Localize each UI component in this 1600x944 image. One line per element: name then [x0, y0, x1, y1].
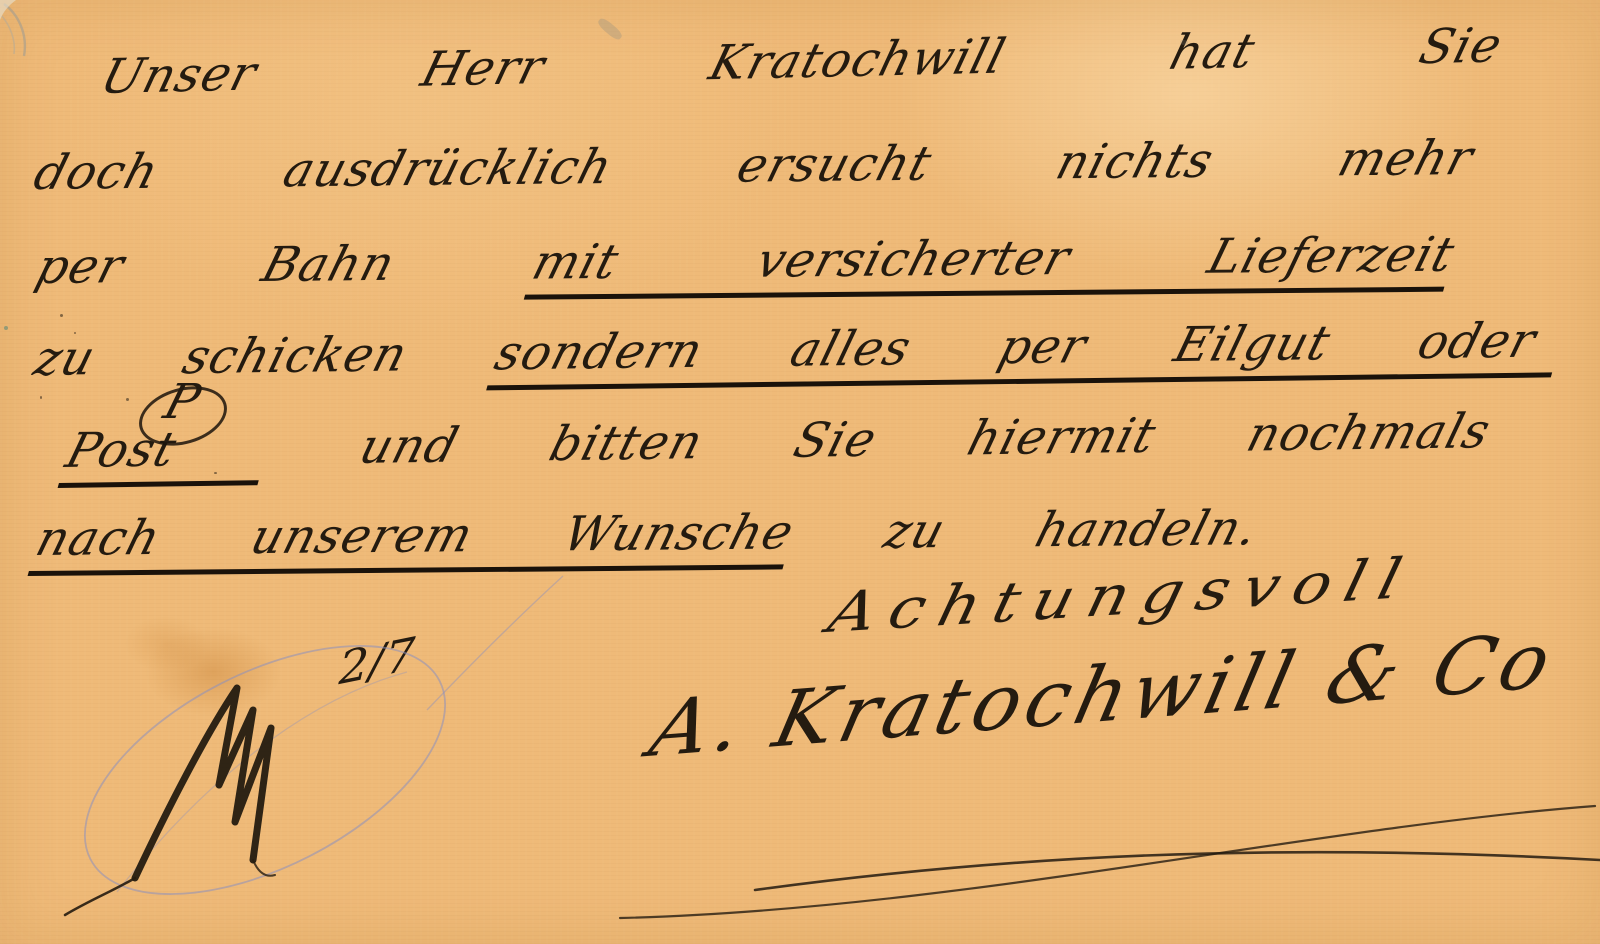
ink-speck — [40, 396, 42, 399]
line-text: Unser Herr Kratochwill hat Sie — [95, 17, 1508, 105]
line-text: zu handeln. — [878, 500, 1265, 559]
line-text: zu schicken — [28, 326, 414, 387]
crossed-p-doodle: P — [138, 386, 226, 444]
ink-speck — [214, 472, 217, 474]
handwriting-line: Unser Herr Kratochwill hat Sie — [95, 18, 1508, 105]
line-text: per Bahn — [30, 236, 401, 295]
postcard-scan: Unser Herr Kratochwill hat Sie doch ausd… — [0, 0, 1600, 944]
closing-salutation: Achtungsvoll — [822, 547, 1421, 646]
line-text: doch ausdrücklich ersucht nichts mehr — [28, 130, 1480, 201]
underlined-text: mit versicherter Lieferzeit — [524, 227, 1461, 300]
paraph-mark — [55, 560, 575, 930]
handwriting-line: per Bahn mit versicherter Lieferzeit — [30, 228, 1461, 296]
signature: A. Kratochwill & Co — [642, 617, 1563, 776]
ink-speck — [60, 314, 63, 317]
paper-fleck — [4, 326, 8, 330]
handwriting-line: doch ausdrücklich ersucht nichts mehr — [28, 131, 1479, 201]
handwriting-line: zu schicken sondern alles per Eilgut ode… — [28, 313, 1568, 387]
handwriting-line: nach unserem Wunsche zu handeln. — [30, 501, 1264, 567]
ink-speck — [74, 332, 76, 334]
line-text: und bitten Sie hiermit nochmals — [354, 403, 1497, 475]
signature-flourish — [605, 798, 1600, 938]
corner-scuff — [0, 0, 60, 90]
underlined-text: sondern alles per Eilgut oder — [486, 312, 1568, 390]
ink-speck — [126, 398, 129, 401]
handwriting-line: Post und bitten Sie hiermit nochmals — [60, 404, 1497, 479]
